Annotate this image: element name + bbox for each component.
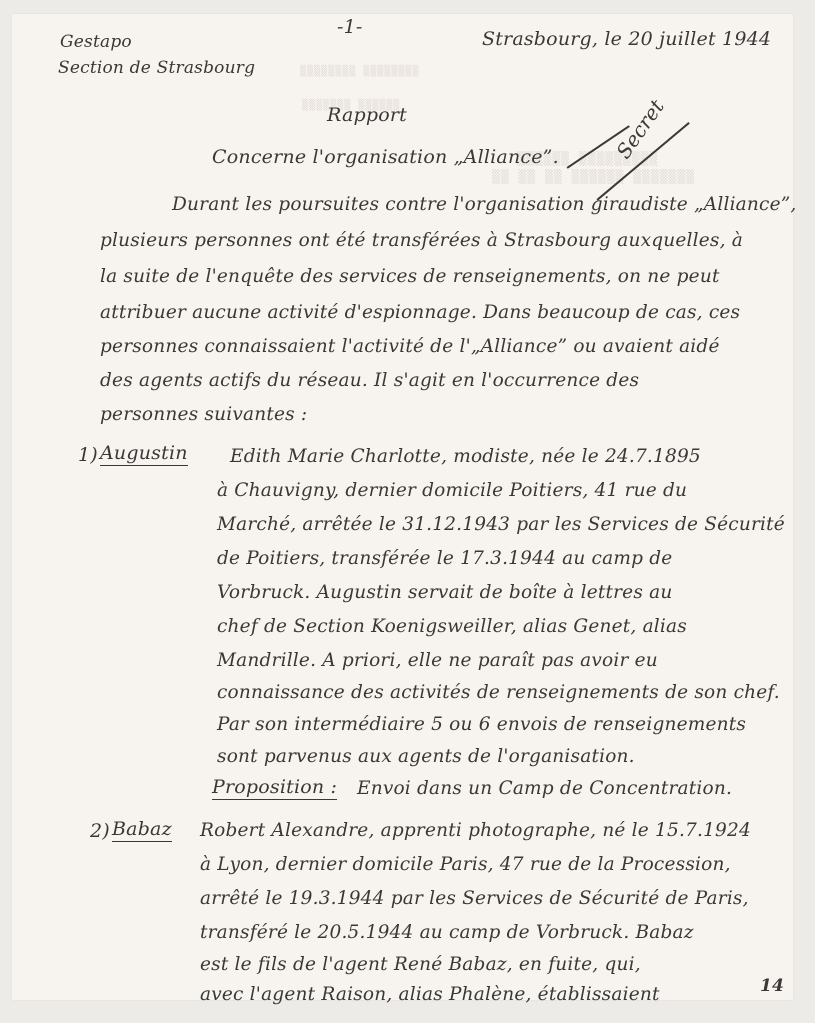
entry-line: Mandrille. A priori, elle ne paraît pas … bbox=[217, 650, 658, 671]
document-page: ▒▒▒▒▒▒▒▒ ▒▒▒▒▒▒▒▒ ▒▒▒▒▒▒▒ ▒▒▒▒▒▒ ▒▒▒▒▒▒ … bbox=[12, 14, 793, 1000]
intro-line: attribuer aucune activité d'espionnage. … bbox=[100, 302, 740, 323]
entry-line: Vorbruck. Augustin servait de boîte à le… bbox=[217, 582, 672, 603]
entry-line: Par son intermédiaire 5 ou 6 envois de r… bbox=[217, 714, 746, 735]
entry-number: 2) bbox=[90, 820, 110, 842]
entry-line: est le fils de l'agent René Babaz, en fu… bbox=[200, 954, 641, 975]
report-subject: Concerne l'organisation „Alliance”. bbox=[212, 146, 559, 168]
entry-line: Edith Marie Charlotte, modiste, née le 2… bbox=[230, 446, 701, 467]
entry-surname: Babaz bbox=[112, 818, 172, 842]
proposition-label: Proposition : bbox=[212, 776, 337, 800]
intro-line: la suite de l'enquête des services de re… bbox=[100, 266, 720, 287]
page-number: -1- bbox=[337, 16, 363, 38]
entry-line: chef de Section Koenigsweiller, alias Ge… bbox=[217, 616, 687, 637]
folio-number: 14 bbox=[760, 976, 784, 996]
intro-line: personnes connaissaient l'activité de l'… bbox=[100, 336, 720, 357]
entry-line: Marché, arrêtée le 31.12.1943 par les Se… bbox=[217, 514, 785, 535]
entry-line: sont parvenus aux agents de l'organisati… bbox=[217, 746, 635, 767]
intro-line: des agents actifs du réseau. Il s'agit e… bbox=[100, 370, 639, 391]
intro-line: personnes suivantes : bbox=[100, 404, 307, 425]
intro-line: plusieurs personnes ont été transférées … bbox=[100, 230, 743, 251]
entry-line: de Poitiers, transférée le 17.3.1944 au … bbox=[217, 548, 672, 569]
classification-stamp: Secret bbox=[567, 109, 707, 179]
place-date: Strasbourg, le 20 juillet 1944 bbox=[482, 28, 771, 50]
entry-line: arrêté le 19.3.1944 par les Services de … bbox=[200, 888, 749, 909]
sender-line-1: Gestapo bbox=[60, 32, 132, 52]
entry-line: à Chauvigny, dernier domicile Poitiers, … bbox=[217, 480, 687, 501]
entry-number: 1) bbox=[78, 444, 98, 466]
entry-line: transféré le 20.5.1944 au camp de Vorbru… bbox=[200, 922, 694, 943]
entry-line: Robert Alexandre, apprenti photographe, … bbox=[200, 820, 751, 841]
entry-line: connaissance des activités de renseignem… bbox=[217, 682, 780, 703]
show-through-text: ▒▒▒▒▒▒▒▒ ▒▒▒▒▒▒▒▒ bbox=[300, 66, 419, 77]
entry-surname: Augustin bbox=[100, 442, 188, 466]
report-title: Rapport bbox=[327, 104, 407, 126]
classification-label: Secret bbox=[611, 95, 669, 163]
proposition-text: Envoi dans un Camp de Concentration. bbox=[357, 778, 732, 799]
entry-line: avec l'agent Raison, alias Phalène, étab… bbox=[200, 984, 660, 1005]
intro-line: Durant les poursuites contre l'organisat… bbox=[172, 194, 796, 215]
sender-line-2: Section de Strasbourg bbox=[58, 58, 255, 78]
entry-line: à Lyon, dernier domicile Paris, 47 rue d… bbox=[200, 854, 731, 875]
